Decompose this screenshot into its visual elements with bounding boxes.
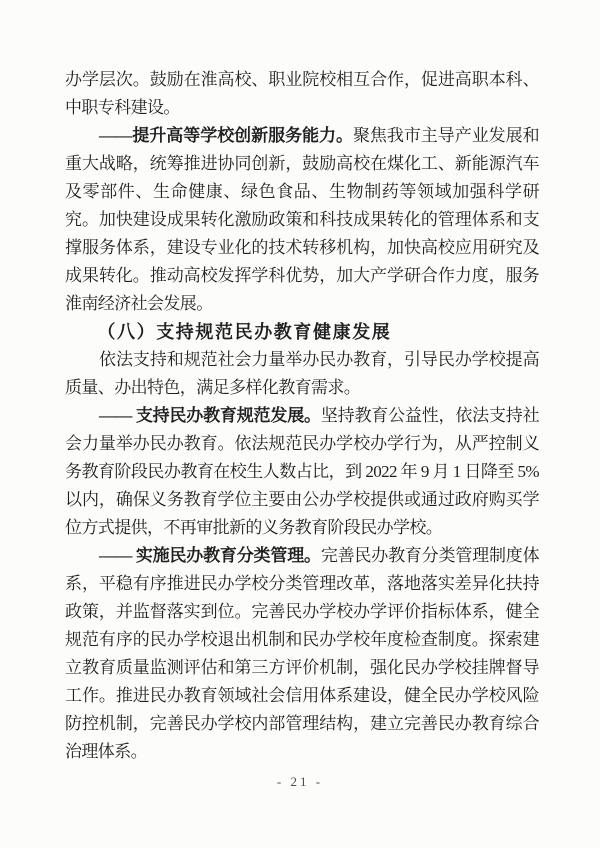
paragraph-lead-bold: —— 实施民办教育分类管理。 (99, 546, 321, 565)
paragraph-higher-ed-innovation: ——提升高等学校创新服务能力。聚焦我市主导产业发展和重大战略，统筹推进协同创新，… (65, 122, 539, 318)
scanned-document-page: 办学层次。鼓励在淮高校、职业院校相互合作，促进高职本科、中职专科建设。 ——提升… (0, 0, 600, 848)
paragraph-continuation: 办学层次。鼓励在淮高校、职业院校相互合作，促进高职本科、中职专科建设。 (65, 66, 539, 122)
paragraph-text: 聚焦我市主导产业发展和重大战略，统筹推进协同创新，鼓励高校在煤化工、新能源汽车及… (65, 126, 539, 313)
section-heading-private-education: （八）支持规范民办教育健康发展 (65, 318, 539, 346)
paragraph-lead-bold: —— 支持民办教育规范发展。 (99, 406, 321, 425)
page-number-text: - 21 - (277, 774, 323, 789)
paragraph-private-education-intro: 依法支持和规范社会力量举办民办教育，引导民办学校提高质量、办出特色，满足多样化教… (65, 346, 539, 402)
paragraph-standardized-development: —— 支持民办教育规范发展。坚持教育公益性，依法支持社会力量举办民办教育。依法规… (65, 402, 539, 542)
paragraph-text: 坚持教育公益性，依法支持社会力量举办民办教育。依法规范民办学校办学行为，从严控制… (65, 406, 539, 537)
page-number: - 21 - (0, 772, 600, 792)
document-body: 办学层次。鼓励在淮高校、职业院校相互合作，促进高职本科、中职专科建设。 ——提升… (65, 66, 539, 766)
paragraph-text: 依法支持和规范社会力量举办民办教育，引导民办学校提高质量、办出特色，满足多样化教… (65, 350, 539, 397)
paragraph-classified-management: —— 实施民办教育分类管理。完善民办教育分类管理制度体系，平稳有序推进民办学校分… (65, 542, 539, 766)
paragraph-lead-bold: ——提升高等学校创新服务能力。 (99, 126, 353, 145)
paragraph-text: 完善民办教育分类管理制度体系，平稳有序推进民办学校分类管理改革，落地落实差异化扶… (65, 546, 539, 761)
paragraph-text: 办学层次。鼓励在淮高校、职业院校相互合作，促进高职本科、中职专科建设。 (65, 70, 539, 117)
